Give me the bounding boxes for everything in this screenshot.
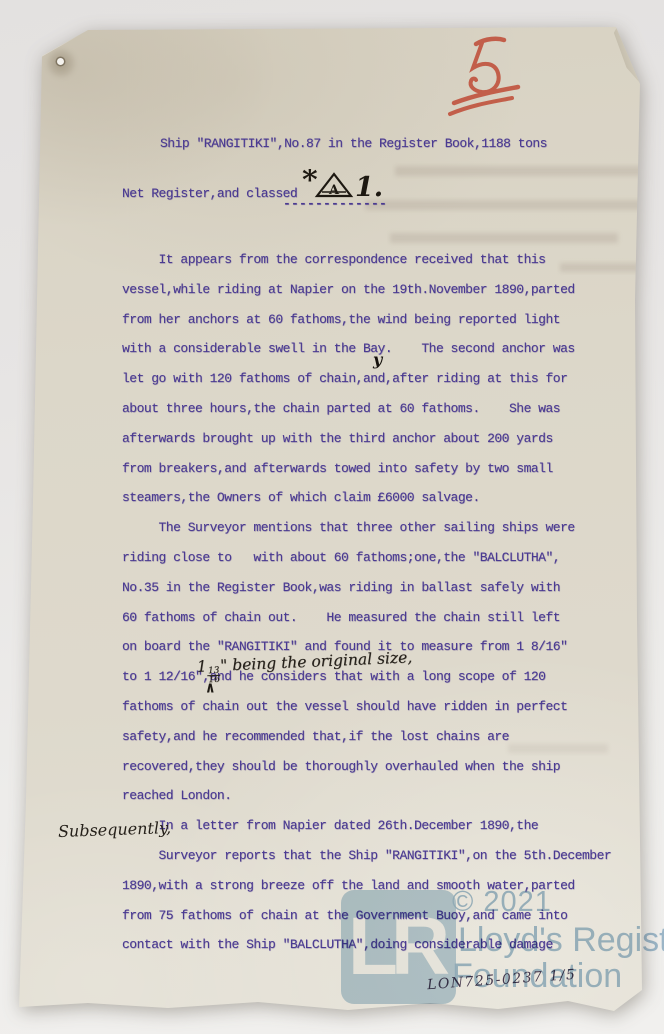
margin-note-subsequently: Subsequently, bbox=[58, 818, 172, 841]
typed-line-20: In a letter from Napier dated 26th.Decem… bbox=[122, 818, 642, 848]
photo-background: Ship "RANGITIKI",No.87 in the Register B… bbox=[0, 0, 664, 1034]
typed-line-16: fathoms of chain out the vessel should h… bbox=[122, 699, 642, 729]
typed-line-19: reached London. bbox=[122, 788, 642, 818]
red-five-drawing bbox=[438, 30, 530, 122]
handwritten-page-number bbox=[438, 30, 530, 127]
bleedthrough-smudge bbox=[390, 233, 618, 243]
typed-line-18: recovered,they should be thoroughly over… bbox=[122, 759, 642, 789]
typed-line-13: 60 fathoms of chain out. He measured the… bbox=[122, 610, 642, 640]
folded-corner-top-right bbox=[607, 28, 641, 86]
typed-line-1: It appears from the correspondence recei… bbox=[122, 252, 642, 282]
insertion-caret: ∧ bbox=[205, 680, 216, 698]
typed-line-11: riding close to with about 60 fathoms;on… bbox=[122, 550, 642, 580]
typed-line-21: Surveyor reports that the Ship "RANGITIK… bbox=[122, 848, 642, 878]
typed-line-3: from her anchors at 60 fathoms,the wind … bbox=[122, 312, 642, 342]
typed-line-23: from 75 fathoms of chain at the Governme… bbox=[122, 908, 642, 938]
separator-dashes: ------------- bbox=[283, 196, 387, 211]
document-page: Ship "RANGITIKI",No.87 in the Register B… bbox=[0, 0, 664, 1034]
typed-line-5: let go with 120 fathoms of chain,and,aft… bbox=[122, 371, 642, 401]
typed-line-24: contact with the Ship "BALCLUTHA",doing … bbox=[122, 937, 642, 967]
bleedthrough-smudge bbox=[395, 166, 645, 176]
overwritten-letter-y: y bbox=[373, 350, 382, 369]
document-title-line2: Net Register,and classed bbox=[122, 186, 297, 201]
punch-hole bbox=[57, 58, 64, 65]
typed-line-9: steamers,the Owners of which claim £6000… bbox=[122, 490, 642, 520]
paper-shadow-wrapper: Ship "RANGITIKI",No.87 in the Register B… bbox=[0, 0, 664, 1034]
typed-line-8: from breakers,and afterwards towed into … bbox=[122, 461, 642, 491]
typed-line-10: The Surveyor mentions that three other s… bbox=[122, 520, 642, 550]
typed-line-6: about three hours,the chain parted at 60… bbox=[122, 401, 642, 431]
typed-line-2: vessel,while riding at Napier on the 19t… bbox=[122, 282, 642, 312]
svg-text:*: * bbox=[302, 169, 318, 198]
document-title-line1: Ship "RANGITIKI",No.87 in the Register B… bbox=[160, 136, 547, 151]
typed-line-17: safety,and he recommended that,if the lo… bbox=[122, 729, 642, 759]
insertion-whole-number: 1 bbox=[197, 657, 208, 675]
typed-line-22: 1890,with a strong breeze off the land a… bbox=[122, 878, 642, 908]
typed-line-12: No.35 in the Register Book,was riding in… bbox=[122, 580, 642, 610]
bleedthrough-smudge bbox=[365, 200, 648, 210]
catalog-reference-note: LON725-0237 1/5 bbox=[427, 967, 577, 993]
typed-line-7: afterwards brought up with the third anc… bbox=[122, 431, 642, 461]
